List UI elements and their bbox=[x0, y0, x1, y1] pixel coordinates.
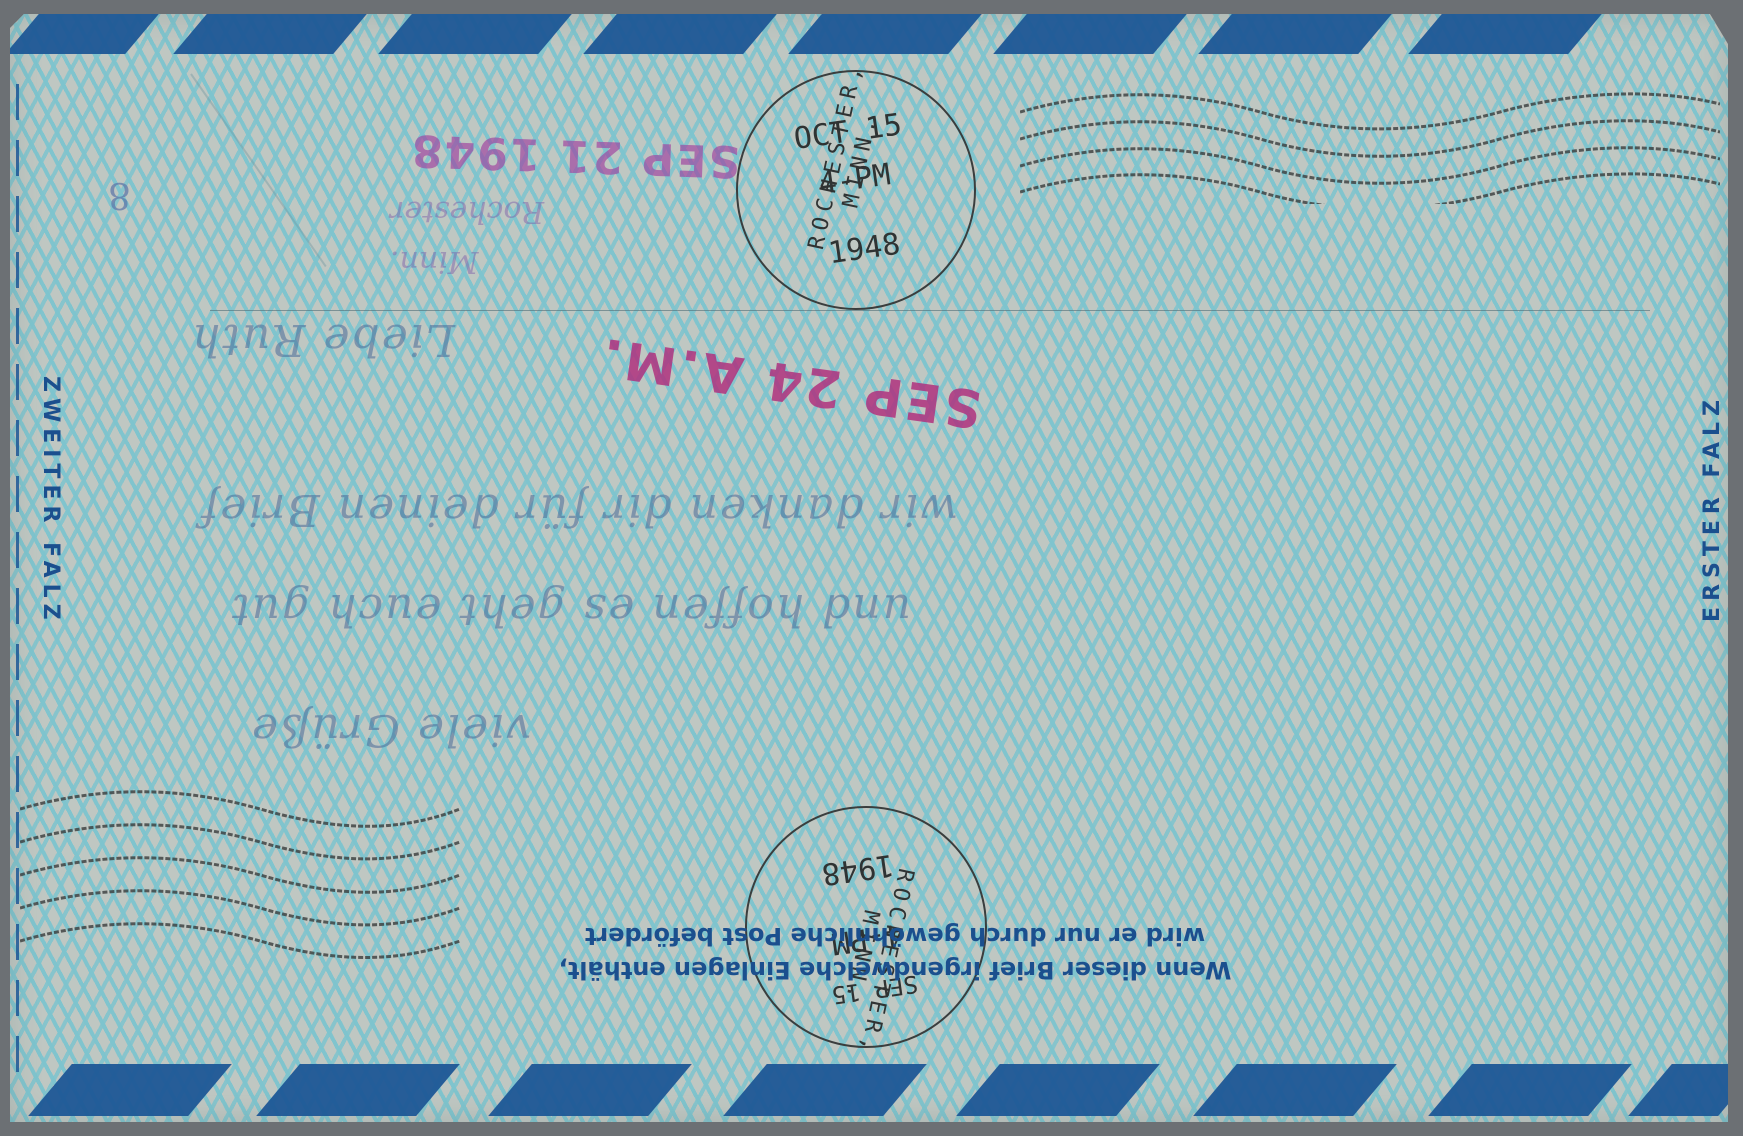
flap-edge bbox=[190, 73, 326, 267]
receiving-stamp-main: SEP 24 A.M. bbox=[596, 325, 986, 438]
airmail-stripe bbox=[1198, 14, 1392, 54]
airmail-stripe bbox=[1628, 1064, 1728, 1116]
airmail-envelope: 8 SEP 21 1948 Rochester Minn. ROCHESTER,… bbox=[10, 14, 1728, 1122]
airmail-stripe bbox=[1408, 14, 1602, 54]
fold-label-second: ZWEITER FALZ bbox=[38, 376, 63, 626]
airmail-stripe bbox=[378, 14, 572, 54]
postmark-top: ROCHESTER, MINN. OCT 15 4-PM 1948 bbox=[720, 54, 991, 325]
airmail-stripe bbox=[993, 14, 1187, 54]
airmail-stripe bbox=[173, 14, 367, 54]
handwriting-line: Liebe Ruth bbox=[190, 314, 455, 365]
airmail-stripe bbox=[488, 1064, 692, 1116]
airmail-stripe bbox=[28, 1064, 232, 1116]
postmark-year: 1948 bbox=[745, 215, 984, 283]
receiving-stamp-secondary: SEP 21 1948 bbox=[409, 124, 741, 186]
airmail-stripe bbox=[256, 1064, 460, 1116]
receiving-stamp-line: Rochester bbox=[390, 194, 544, 229]
airmail-border-bottom bbox=[10, 1064, 1728, 1116]
handwriting-line: viele Grüße bbox=[250, 704, 531, 755]
airmail-stripe bbox=[583, 14, 777, 54]
pencil-mark: 8 bbox=[108, 174, 131, 215]
wavy-cancel-top bbox=[1020, 84, 1720, 204]
cut-line bbox=[16, 84, 19, 1084]
airmail-stripe bbox=[1193, 1064, 1397, 1116]
airmail-stripe bbox=[10, 14, 159, 54]
handwriting-line: und hoffen es geht euch gut bbox=[230, 584, 911, 635]
handwriting-line: wir danken dir für deinen Brief bbox=[200, 484, 958, 535]
airmail-stripe bbox=[723, 1064, 927, 1116]
fold-label-first: ERSTER FALZ bbox=[1700, 394, 1725, 622]
notice-line-1: Wenn dieser Brief irgendwelche Einlagen … bbox=[430, 953, 1360, 987]
printed-notice: Wenn dieser Brief irgendwelche Einlagen … bbox=[430, 919, 1360, 987]
wavy-cancel-bottom bbox=[20, 784, 460, 964]
receiving-stamp-line: Minn. bbox=[390, 244, 479, 279]
airmail-stripe bbox=[1428, 1064, 1632, 1116]
airmail-stripe bbox=[956, 1064, 1160, 1116]
postmark-year: 1948 bbox=[738, 835, 979, 903]
flap-fold-line bbox=[210, 310, 1650, 311]
notice-line-2: wird er nur durch gewöhnliche Post beför… bbox=[430, 919, 1360, 953]
